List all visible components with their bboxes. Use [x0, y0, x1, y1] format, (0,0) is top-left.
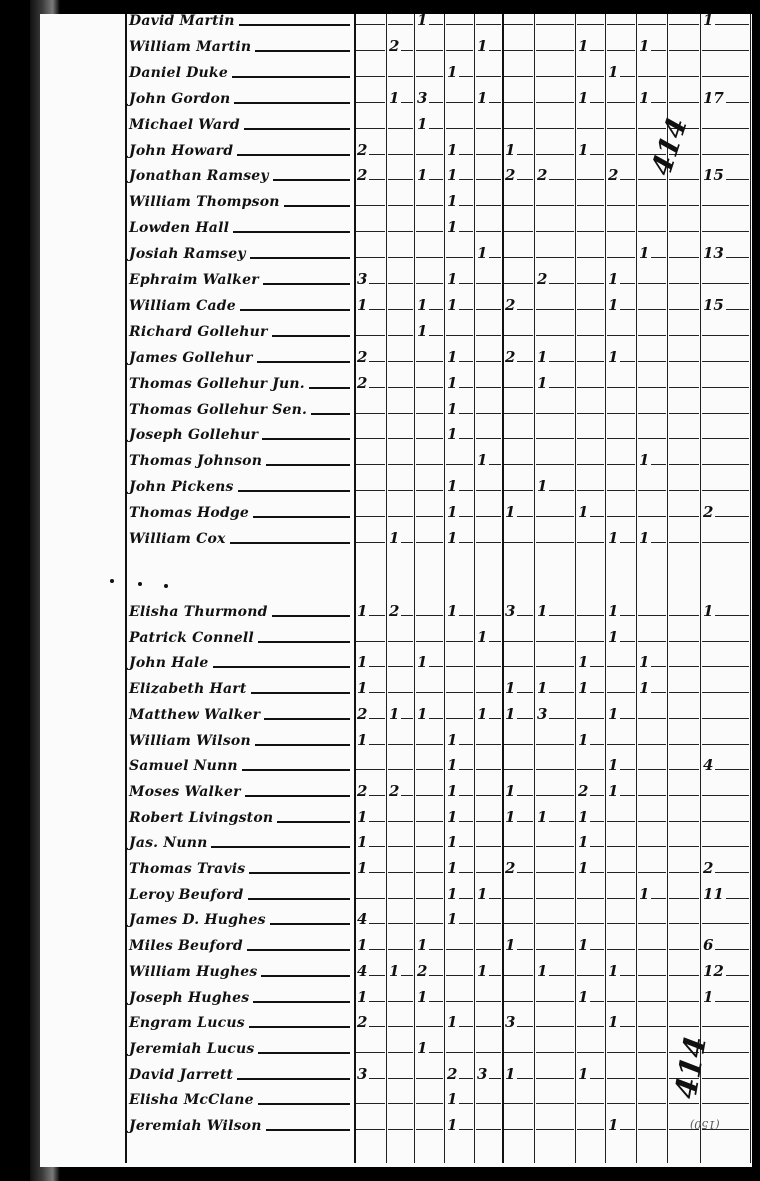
ditto-scribble — [638, 280, 666, 284]
tally-cell: 15 — [700, 295, 750, 313]
ditto-scribble — [459, 1023, 473, 1027]
ditto-scribble — [489, 715, 501, 719]
ditto-scribble — [369, 176, 385, 180]
ditto-scribble — [356, 461, 385, 465]
tally-value: 2 — [537, 271, 547, 287]
tally-cell — [575, 1089, 605, 1107]
tally-value: 1 — [357, 680, 367, 696]
tally-value: 1 — [447, 732, 457, 748]
tally-value: 1 — [417, 706, 427, 722]
ditto-scribble — [651, 99, 666, 103]
name-leader-line — [264, 718, 350, 720]
tally-cell — [605, 807, 636, 825]
tally-value: 1 — [447, 757, 457, 773]
tally-value: 17 — [703, 90, 724, 106]
tally-cell: 1 — [502, 935, 534, 953]
ditto-scribble — [669, 998, 699, 1002]
tally-cell — [667, 295, 700, 313]
ditto-scribble — [416, 358, 443, 362]
ditto-scribble — [607, 920, 635, 924]
ditto-scribble — [489, 47, 501, 51]
tally-cell — [534, 217, 575, 235]
tally-cell: 3 — [534, 704, 575, 722]
tally-cell — [636, 601, 667, 619]
tally-cell — [636, 1038, 667, 1056]
tally-cell — [386, 295, 414, 313]
tally-cell — [700, 269, 750, 287]
ditto-scribble — [416, 1126, 443, 1130]
tally-cell — [414, 424, 444, 442]
tally-cell — [414, 269, 444, 287]
tally-cell — [700, 704, 750, 722]
name-leader-line — [266, 1129, 350, 1131]
tally-value: 1 — [608, 297, 618, 313]
ditto-scribble — [669, 663, 699, 667]
ditto-scribble — [388, 946, 413, 950]
tally-cell — [502, 399, 534, 417]
ditto-scribble — [459, 176, 473, 180]
ditto-scribble — [388, 228, 413, 232]
tally-cell: 1 — [575, 1064, 605, 1082]
ditto-scribble — [356, 1049, 385, 1053]
ditto-scribble — [620, 792, 635, 796]
ditto-scribble — [416, 461, 443, 465]
tally-cells: 21211 — [354, 344, 750, 367]
tally-cell — [605, 935, 636, 953]
tally-value: 2 — [608, 167, 618, 183]
ditto-scribble — [669, 539, 699, 543]
tally-cell — [414, 781, 444, 799]
tally-cell — [414, 730, 444, 748]
tally-value: 1 — [639, 245, 649, 261]
ditto-scribble — [476, 612, 501, 616]
resident-name: John Howard — [125, 142, 233, 160]
ditto-scribble — [388, 384, 413, 388]
ditto-scribble — [702, 689, 749, 693]
tally-value: 2 — [447, 1066, 457, 1082]
tally-cell — [386, 165, 414, 183]
ditto-scribble — [590, 151, 604, 155]
ditto-scribble — [517, 306, 533, 310]
tally-cell — [414, 347, 444, 365]
ditto-scribble — [476, 384, 501, 388]
ditto-scribble — [369, 920, 385, 924]
resident-name: John Pickens — [125, 478, 234, 496]
ditto-scribble — [702, 280, 749, 284]
ditto-scribble — [459, 843, 473, 847]
tally-cell — [700, 909, 750, 927]
tally-cell — [354, 1089, 386, 1107]
tally-cell: 1 — [534, 373, 575, 391]
ditto-scribble — [638, 332, 666, 336]
ditto-scribble — [446, 1049, 473, 1053]
tally-value: 1 — [578, 834, 588, 850]
ditto-scribble — [607, 151, 635, 155]
tally-cell: 1 — [444, 191, 474, 209]
ditto-scribble — [476, 280, 501, 284]
tally-cell: 1 — [414, 935, 444, 953]
tally-cell — [534, 191, 575, 209]
ditto-scribble — [517, 946, 533, 950]
ditto-scribble — [715, 766, 749, 770]
ditto-scribble — [549, 358, 574, 362]
tally-value: 1 — [477, 38, 487, 54]
ditto-scribble — [590, 818, 604, 822]
tally-cell — [667, 36, 700, 54]
tally-cell: 1 — [444, 755, 474, 773]
name-leader-line — [253, 516, 350, 518]
tally-cell: 1 — [474, 704, 502, 722]
tally-value: 1 — [608, 1014, 618, 1030]
tally-cell — [444, 88, 474, 106]
tally-cell: 1 — [502, 1064, 534, 1082]
tally-cell — [444, 935, 474, 953]
ditto-scribble — [429, 125, 443, 129]
ditto-scribble — [669, 202, 699, 206]
ditto-scribble — [702, 843, 749, 847]
tally-cells: 111 — [354, 727, 750, 750]
ditto-scribble — [459, 151, 473, 155]
name-cell: Josiah Ramsey — [125, 240, 354, 263]
ditto-scribble — [590, 689, 604, 693]
tally-cell: 2 — [534, 269, 575, 287]
ditto-scribble — [620, 306, 635, 310]
ditto-scribble — [549, 280, 574, 284]
tally-cell — [636, 321, 667, 339]
ditto-scribble — [638, 358, 666, 362]
tally-cell — [386, 1038, 414, 1056]
tally-cell: 1 — [502, 781, 534, 799]
tally-cell: 1 — [605, 1012, 636, 1030]
ledger-row: Thomas Hodge1112 — [125, 499, 750, 522]
tally-cell — [474, 502, 502, 520]
ditto-scribble — [459, 766, 473, 770]
tally-cell — [534, 652, 575, 670]
tally-cell — [502, 424, 534, 442]
name-cell: Thomas Travis — [125, 855, 354, 878]
ditto-scribble — [416, 792, 443, 796]
ditto-scribble — [369, 792, 385, 796]
ditto-scribble — [388, 869, 413, 873]
resident-name: William Martin — [125, 38, 251, 56]
name-leader-line — [240, 309, 350, 311]
ditto-scribble — [607, 487, 635, 491]
ditto-scribble — [607, 895, 635, 899]
ditto-scribble — [446, 47, 473, 51]
tally-cell — [474, 858, 502, 876]
tally-cell — [414, 243, 444, 261]
tally-cell — [474, 652, 502, 670]
ditto-scribble — [356, 895, 385, 899]
ditto-scribble — [638, 792, 666, 796]
tally-cell — [700, 321, 750, 339]
tally-cell — [444, 961, 474, 979]
ditto-scribble — [504, 920, 533, 924]
ditto-scribble — [669, 280, 699, 284]
tally-cell: 1 — [414, 987, 444, 1005]
tally-cell: 3 — [502, 601, 534, 619]
tally-cell — [605, 373, 636, 391]
tally-cell — [474, 347, 502, 365]
ditto-scribble — [607, 47, 635, 51]
ditto-scribble — [590, 99, 604, 103]
ditto-scribble — [607, 1075, 635, 1079]
ditto-scribble — [607, 461, 635, 465]
tally-cell — [502, 476, 534, 494]
ditto-scribble — [715, 612, 749, 616]
tally-value: 2 — [505, 167, 515, 183]
ditto-scribble — [446, 998, 473, 1002]
ditto-scribble — [504, 1126, 533, 1130]
ditto-scribble — [476, 920, 501, 924]
tally-cells: 2111 — [354, 33, 750, 56]
ledger-row: Jeremiah Lucus1 — [125, 1035, 750, 1058]
ditto-scribble — [388, 1126, 413, 1130]
ditto-scribble — [536, 306, 574, 310]
tally-cell: 11 — [700, 884, 750, 902]
ditto-scribble — [369, 306, 385, 310]
tally-value: 1 — [578, 937, 588, 953]
ditto-scribble — [369, 869, 385, 873]
tally-cell — [534, 88, 575, 106]
tally-value: 1 — [578, 90, 588, 106]
resident-name: Robert Livingston — [125, 809, 273, 827]
tally-cell: 1 — [636, 36, 667, 54]
tally-cell: 1 — [444, 502, 474, 520]
name-leader-line — [273, 179, 350, 181]
ditto-scribble — [536, 741, 574, 745]
ditto-scribble — [577, 1100, 604, 1104]
tally-cell — [605, 502, 636, 520]
ditto-scribble — [416, 1100, 443, 1104]
ditto-scribble — [429, 1049, 443, 1053]
ditto-scribble — [476, 946, 501, 950]
ditto-scribble — [429, 176, 443, 180]
resident-name: Thomas Travis — [125, 860, 245, 878]
tally-value: 1 — [578, 989, 588, 1005]
tally-cell — [386, 884, 414, 902]
tally-cell — [474, 807, 502, 825]
tally-cells: 1 — [354, 318, 750, 341]
tally-cell — [474, 1115, 502, 1133]
ditto-scribble — [702, 818, 749, 822]
ditto-scribble — [536, 1049, 574, 1053]
tally-cell: 1 — [502, 807, 534, 825]
ditto-scribble — [356, 1126, 385, 1130]
name-leader-line — [261, 975, 350, 977]
tally-cell — [502, 884, 534, 902]
tally-cell: 1 — [354, 295, 386, 313]
tally-value: 1 — [505, 809, 515, 825]
tally-cell: 1 — [444, 424, 474, 442]
tally-cell: 2 — [354, 347, 386, 365]
tally-cell — [605, 652, 636, 670]
tally-cells: 1 — [354, 421, 750, 444]
ditto-scribble — [504, 487, 533, 491]
ditto-scribble — [388, 689, 413, 693]
resident-name: David Jarrett — [125, 1066, 233, 1084]
ditto-scribble — [429, 972, 443, 976]
tally-cell: 1 — [502, 678, 534, 696]
ledger-row: David Jarrett32311 — [125, 1061, 750, 1084]
ditto-scribble — [517, 792, 533, 796]
tally-cell: 6 — [700, 935, 750, 953]
ditto-scribble — [504, 663, 533, 667]
ditto-scribble — [504, 895, 533, 899]
tally-value: 1 — [608, 783, 618, 799]
tally-cell — [354, 10, 386, 28]
tally-cell: 1 — [354, 858, 386, 876]
ditto-scribble — [504, 332, 533, 336]
ditto-scribble — [416, 228, 443, 232]
ditto-scribble — [517, 689, 533, 693]
tally-cell: 4 — [354, 909, 386, 927]
tally-cell — [386, 114, 414, 132]
ditto-scribble — [620, 73, 635, 77]
ditto-scribble — [669, 895, 699, 899]
ditto-scribble — [416, 895, 443, 899]
ditto-scribble — [590, 946, 604, 950]
separator-dot — [138, 582, 142, 586]
tally-cell: 1 — [502, 502, 534, 520]
tally-value: 1 — [639, 530, 649, 546]
ditto-scribble — [476, 689, 501, 693]
tally-cell — [502, 909, 534, 927]
name-cell: John Howard — [125, 137, 354, 160]
ditto-scribble — [669, 1100, 699, 1104]
ditto-scribble — [369, 689, 385, 693]
name-cell: Moses Walker — [125, 778, 354, 801]
tally-cell — [605, 1038, 636, 1056]
tally-cell: 1 — [534, 678, 575, 696]
resident-name: Jeremiah Lucus — [125, 1040, 254, 1058]
tally-cell — [605, 88, 636, 106]
tally-value: 1 — [447, 426, 457, 442]
ditto-scribble — [369, 741, 385, 745]
ditto-scribble — [356, 254, 385, 258]
ditto-scribble — [577, 972, 604, 976]
resident-name: Joseph Gollehur — [125, 426, 258, 444]
name-leader-line — [250, 257, 350, 259]
tally-value: 1 — [703, 12, 713, 28]
ditto-scribble — [504, 99, 533, 103]
ditto-scribble — [446, 638, 473, 642]
tally-cell — [605, 730, 636, 748]
tally-cell — [667, 704, 700, 722]
tally-cell — [667, 909, 700, 927]
ditto-scribble — [607, 99, 635, 103]
tally-cell: 1 — [605, 1115, 636, 1133]
ditto-scribble — [356, 766, 385, 770]
resident-name: Jas. Nunn — [125, 834, 207, 852]
tally-cell — [636, 373, 667, 391]
name-leader-line — [242, 769, 350, 771]
tally-cell — [605, 191, 636, 209]
tally-cell — [575, 295, 605, 313]
tally-cell — [605, 858, 636, 876]
name-cell: James D. Hughes — [125, 906, 354, 929]
ditto-scribble — [504, 73, 533, 77]
tally-cell — [474, 476, 502, 494]
tally-cell — [474, 832, 502, 850]
ditto-scribble — [536, 1075, 574, 1079]
tally-cell — [386, 373, 414, 391]
tally-value: 1 — [505, 504, 515, 520]
tally-cells: 1111 — [354, 984, 750, 1007]
tally-cell — [575, 450, 605, 468]
ditto-scribble — [459, 435, 473, 439]
ditto-scribble — [388, 1049, 413, 1053]
ditto-scribble — [590, 843, 604, 847]
ledger-row: Lowden Hall1 — [125, 214, 750, 237]
tally-cell: 1 — [605, 528, 636, 546]
name-leader-line — [244, 128, 350, 130]
tally-cell — [474, 528, 502, 546]
tally-cell — [474, 730, 502, 748]
ditto-scribble — [536, 920, 574, 924]
tally-cell — [444, 627, 474, 645]
ditto-scribble — [536, 895, 574, 899]
tally-cell — [354, 424, 386, 442]
tally-cells: 11212 — [354, 855, 750, 878]
tally-cell — [636, 502, 667, 520]
tally-cell — [636, 191, 667, 209]
ditto-scribble — [356, 513, 385, 517]
resident-name: John Gordon — [125, 90, 230, 108]
tally-value: 1 — [608, 64, 618, 80]
tally-cell: 1 — [414, 1038, 444, 1056]
tally-cell — [502, 36, 534, 54]
tally-value: 1 — [447, 64, 457, 80]
ditto-scribble — [416, 843, 443, 847]
stamp-number: (150) — [690, 1118, 720, 1131]
tally-cell: 2 — [502, 347, 534, 365]
ditto-scribble — [429, 946, 443, 950]
tally-cell — [354, 1115, 386, 1133]
ditto-scribble — [388, 818, 413, 822]
column-divider — [750, 14, 751, 1163]
ditto-scribble — [620, 539, 635, 543]
ditto-scribble — [577, 21, 604, 25]
ditto-scribble — [536, 21, 574, 25]
tally-cells: 211 — [354, 370, 750, 393]
ditto-scribble — [577, 487, 604, 491]
name-cell: William Cox — [125, 525, 354, 548]
tally-cell — [444, 450, 474, 468]
ditto-scribble — [388, 73, 413, 77]
tally-cells: 1112 — [354, 499, 750, 522]
ditto-scribble — [607, 513, 635, 517]
tally-cell — [636, 961, 667, 979]
ditto-scribble — [459, 920, 473, 924]
ditto-scribble — [669, 384, 699, 388]
ditto-scribble — [669, 332, 699, 336]
tally-cell: 1 — [444, 781, 474, 799]
tally-cell — [444, 114, 474, 132]
ditto-scribble — [715, 513, 749, 517]
ditto-scribble — [504, 539, 533, 543]
tally-cell — [474, 399, 502, 417]
tally-value: 12 — [703, 963, 724, 979]
tally-cell — [605, 1089, 636, 1107]
tally-cell: 1 — [474, 88, 502, 106]
tally-cells: 1 — [354, 396, 750, 419]
ditto-scribble — [638, 946, 666, 950]
name-cell: Elisha McClane — [125, 1086, 354, 1109]
ledger-row: Jas. Nunn111 — [125, 829, 750, 852]
tally-cell — [534, 730, 575, 748]
tally-cell — [636, 269, 667, 287]
